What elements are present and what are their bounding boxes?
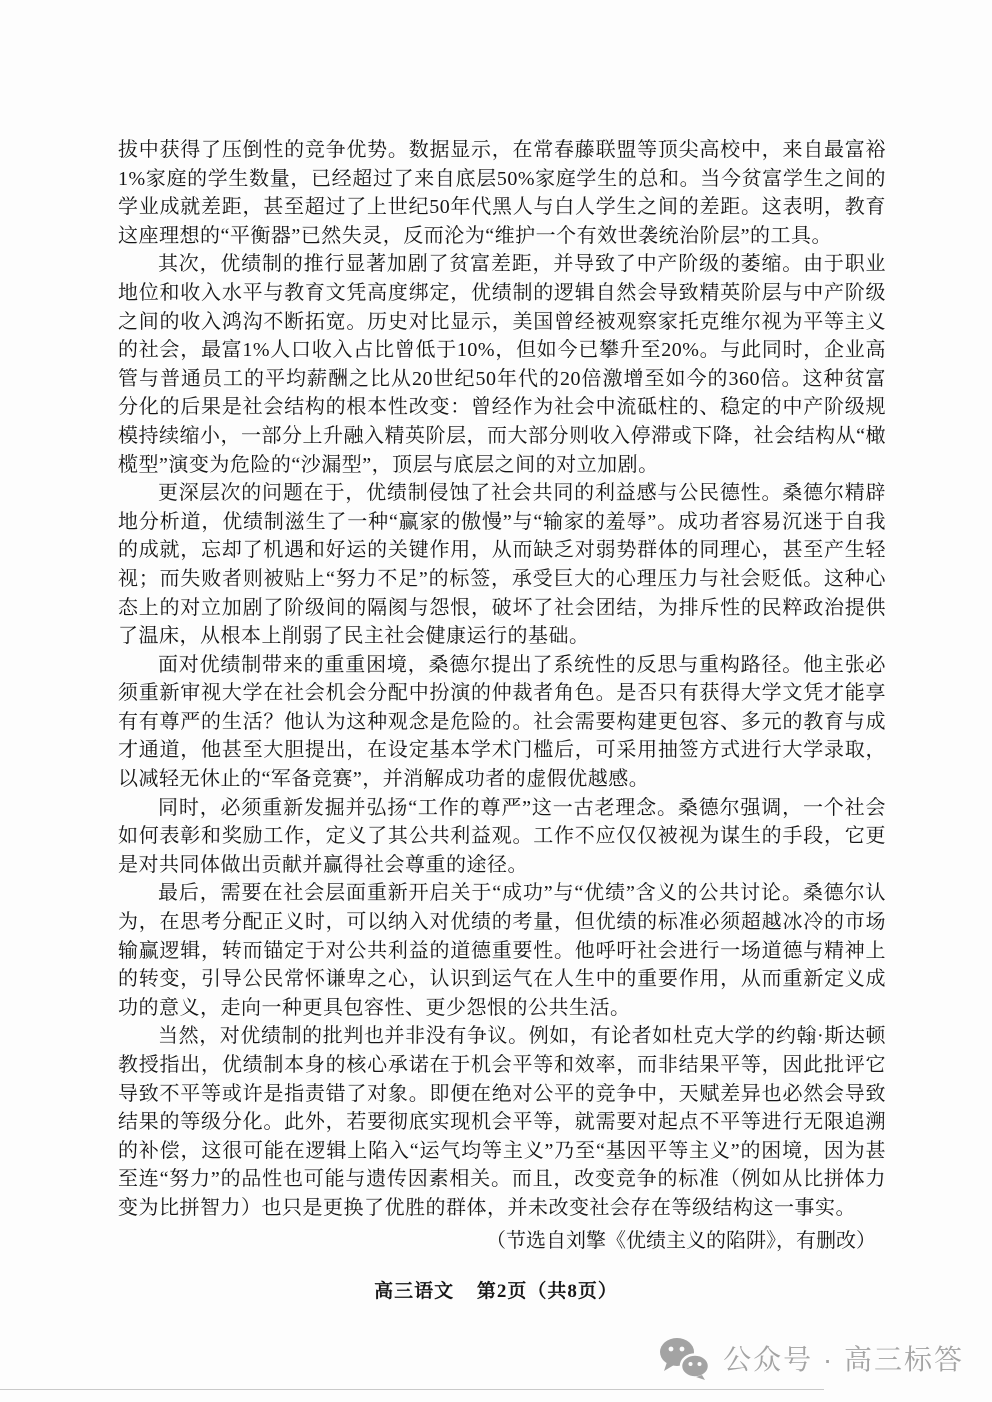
- wechat-icon: [657, 1336, 711, 1380]
- bottom-divider: [0, 1389, 824, 1390]
- passage-paragraph-2: 其次，优绩制的推行显著加剧了贫富差距，并导致了中产阶级的萎缩。由于职业地位和收入…: [118, 250, 886, 479]
- passage-paragraph-7: 当然，对优绩制的批判也并非没有争议。例如，有论者如杜克大学的约翰·斯达顿教授指出…: [118, 1022, 886, 1222]
- source-attribution: （节选自刘擎《优绩主义的陷阱》，有删改）: [118, 1227, 886, 1256]
- passage-paragraphs: 拔中获得了压倒性的竞争优势。数据显示，在常春藤联盟等顶尖高校中，来自最富裕1%家…: [118, 136, 886, 1223]
- watermark-text: 公众号 · 高三标答: [723, 1338, 964, 1378]
- footer-page-number: 第2页（共8页）: [477, 1281, 618, 1302]
- passage: 拔中获得了压倒性的竞争优势。数据显示，在常春藤联盟等顶尖高校中，来自最富裕1%家…: [118, 136, 886, 1275]
- exam-page: 拔中获得了压倒性的竞争优势。数据显示，在常春藤联盟等顶尖高校中，来自最富裕1%家…: [0, 0, 992, 1402]
- footer-course-label: 高三语文: [374, 1281, 454, 1302]
- passage-paragraph-3: 更深层次的问题在于，优绩制侵蚀了社会共同的利益感与公民德性。桑德尔精辟地分析道，…: [118, 479, 886, 651]
- passage-paragraph-5: 同时，必须重新发掘并弘扬“工作的尊严”这一古老理念。桑德尔强调，一个社会如何表彰…: [118, 794, 886, 880]
- passage-paragraph-6: 最后，需要在社会层面重新开启关于“成功”与“优绩”含义的公共讨论。桑德尔认为，在…: [118, 879, 886, 1022]
- passage-paragraph-1: 拔中获得了压倒性的竞争优势。数据显示，在常春藤联盟等顶尖高校中，来自最富裕1%家…: [118, 136, 886, 250]
- passage-paragraph-4: 面对优绩制带来的重重困境，桑德尔提出了系统性的反思与重构路径。他主张必须重新审视…: [118, 651, 886, 794]
- page-footer: 高三语文第2页（共8页）: [0, 1276, 992, 1303]
- watermark: 公众号 · 高三标答: [657, 1336, 964, 1380]
